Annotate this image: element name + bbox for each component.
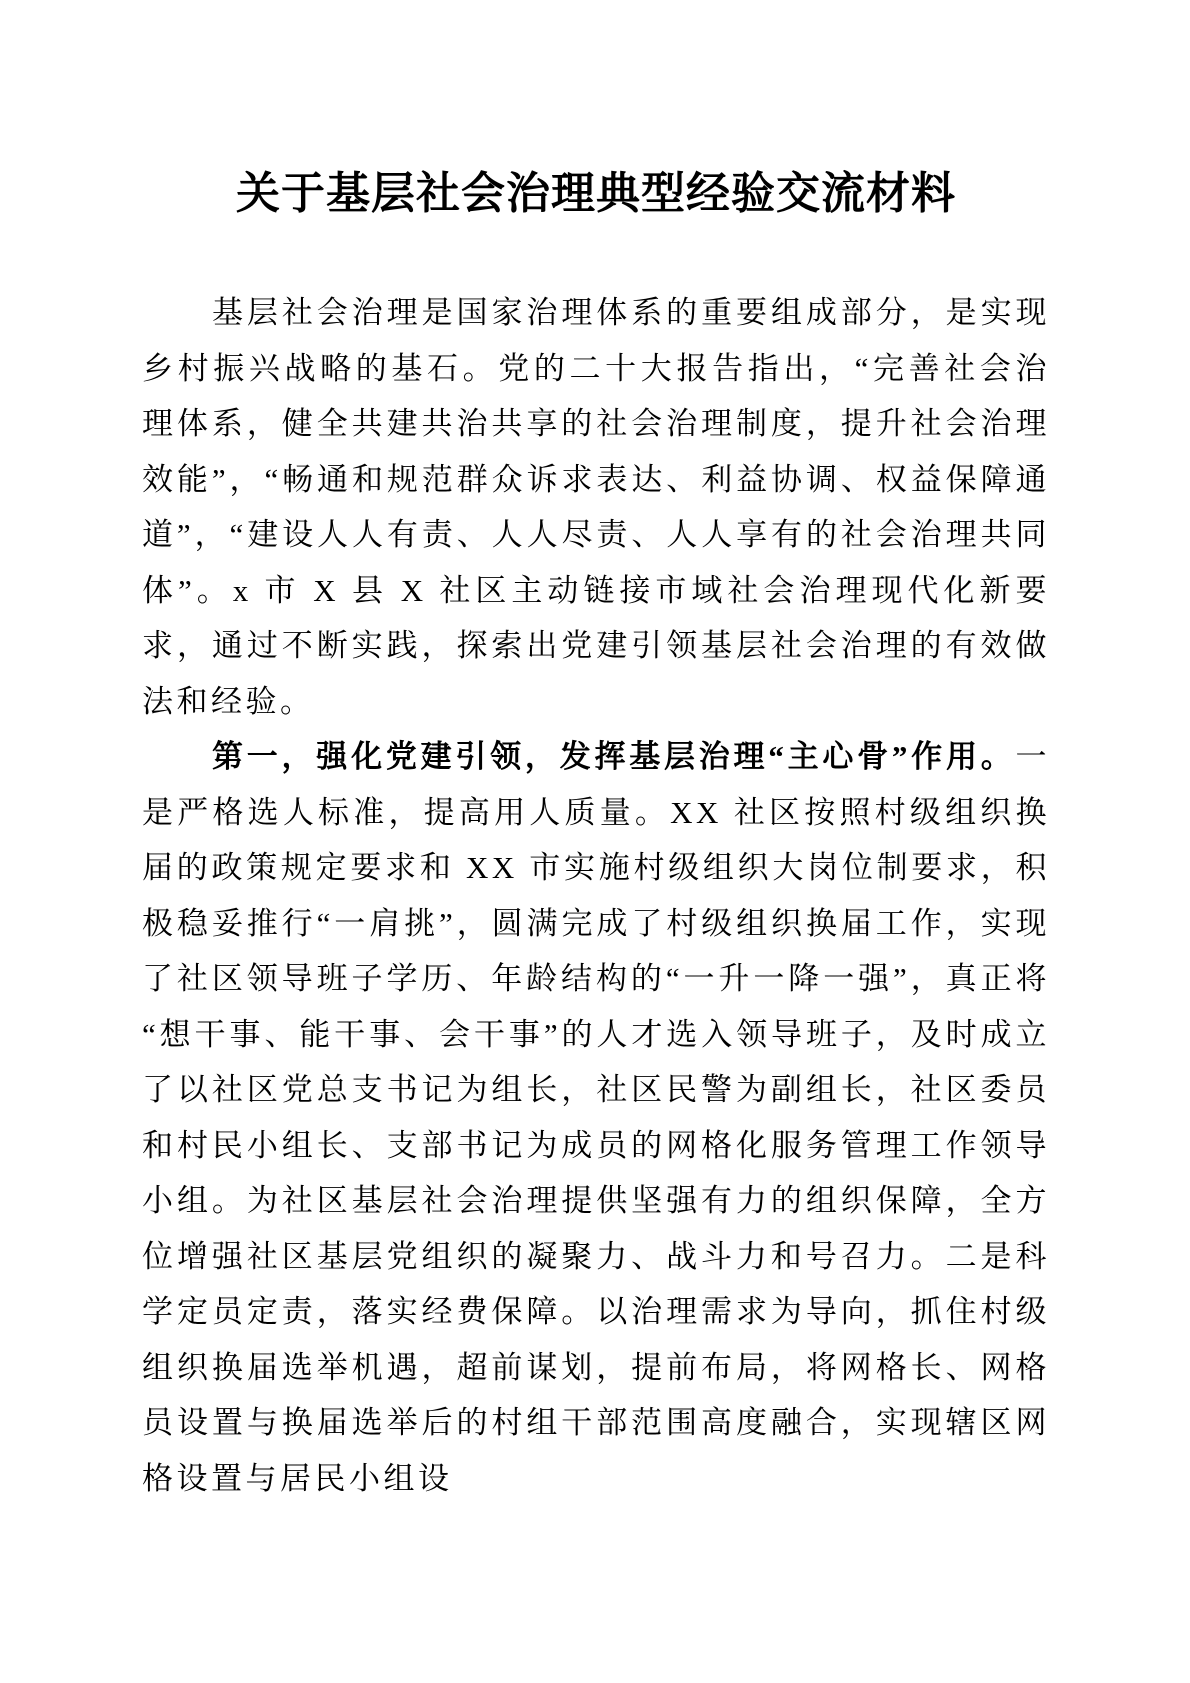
paragraph-point-one-text: 一是严格选人标准，提高用人质量。XX 社区按照村级组织换届的政策规定要求和 XX… xyxy=(142,739,1050,1496)
paragraph-point-one-lead: 第一，强化党建引领，发挥基层治理“主心骨”作用。 xyxy=(212,739,1016,774)
paragraph-intro: 基层社会治理是国家治理体系的重要组成部分，是实现乡村振兴战略的基石。党的二十大报… xyxy=(142,285,1050,729)
paragraph-intro-text: 基层社会治理是国家治理体系的重要组成部分，是实现乡村振兴战略的基石。党的二十大报… xyxy=(142,295,1050,719)
paragraph-point-one: 第一，强化党建引领，发挥基层治理“主心骨”作用。一是严格选人标准，提高用人质量。… xyxy=(142,729,1050,1506)
document-title: 关于基层社会治理典型经验交流材料 xyxy=(142,163,1050,225)
document-page: 关于基层社会治理典型经验交流材料 基层社会治理是国家治理体系的重要组成部分，是实… xyxy=(0,0,1190,1683)
